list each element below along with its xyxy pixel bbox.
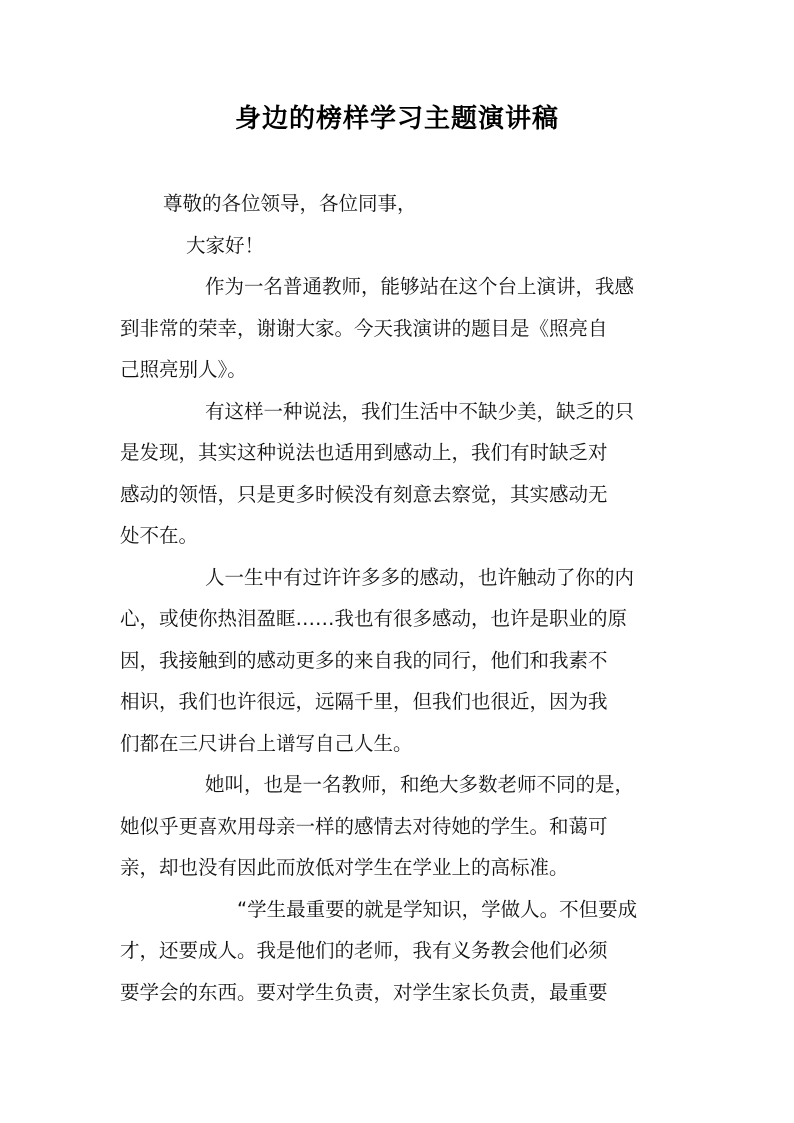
paragraph-line: “学生最重要的就是学知识，学做人。不但要成	[120, 889, 668, 931]
paragraph-line: 她叫，也是一名教师，和绝大多数老师不同的是，	[120, 764, 668, 806]
paragraph: 她叫，也是一名教师，和绝大多数老师不同的是， 她似乎更喜欢用母亲一样的感情去对待…	[120, 764, 668, 889]
paragraph: 有这样一种说法，我们生活中不缺少美，缺乏的只 是发现，其实这种说法也适用到感动上…	[120, 391, 668, 557]
paragraph-line: 亲，却也没有因此而放低对学生在学业上的高标准。	[120, 847, 668, 889]
paragraph-line: 因，我接触到的感动更多的来自我的同行，他们和我素不	[120, 640, 668, 682]
paragraph-line: 到非常的荣幸，谢谢大家。今天我演讲的题目是《照亮自	[120, 308, 668, 350]
document-title: 身边的榜样学习主题演讲稿	[0, 98, 794, 135]
paragraph-line: 她似乎更喜欢用母亲一样的感情去对待她的学生。和蔼可	[120, 806, 668, 848]
paragraph-line: 相识，我们也许很远，远隔千里，但我们也很近，因为我	[120, 681, 668, 723]
paragraph-line: 要学会的东西。要对学生负责，对学生家长负责，最重要	[120, 972, 668, 1014]
greeting-line: 尊敬的各位领导，各位同事，	[120, 183, 668, 225]
paragraph-line: 们都在三尺讲台上谱写自己人生。	[120, 723, 668, 765]
paragraph-line: 才，还要成人。我是他们的老师，我有义务教会他们必须	[120, 930, 668, 972]
paragraph-line: 己照亮别人》。	[120, 349, 668, 391]
paragraph: 人一生中有过许许多多的感动，也许触动了你的内 心，或使你热泪盈眶……我也有很多感…	[120, 557, 668, 765]
paragraph-line: 作为一名普通教师，能够站在这个台上演讲，我感	[120, 266, 668, 308]
greeting-line: 大家好！	[120, 225, 668, 267]
paragraph: “学生最重要的就是学知识，学做人。不但要成 才，还要成人。我是他们的老师，我有义…	[120, 889, 668, 1014]
paragraph-line: 心，或使你热泪盈眶……我也有很多感动，也许是职业的原	[120, 598, 668, 640]
document-body: 尊敬的各位领导，各位同事， 大家好！ 作为一名普通教师，能够站在这个台上演讲，我…	[120, 183, 668, 1013]
paragraph-line: 处不在。	[120, 515, 668, 557]
paragraph-line: 人一生中有过许许多多的感动，也许触动了你的内	[120, 557, 668, 599]
paragraph-line: 有这样一种说法，我们生活中不缺少美，缺乏的只	[120, 391, 668, 433]
paragraph: 作为一名普通教师，能够站在这个台上演讲，我感 到非常的荣幸，谢谢大家。今天我演讲…	[120, 266, 668, 391]
paragraph-line: 是发现，其实这种说法也适用到感动上，我们有时缺乏对	[120, 432, 668, 474]
paragraph-line: 感动的领悟，只是更多时候没有刻意去察觉，其实感动无	[120, 474, 668, 516]
document-page: 身边的榜样学习主题演讲稿 尊敬的各位领导，各位同事， 大家好！ 作为一名普通教师…	[0, 0, 794, 1123]
